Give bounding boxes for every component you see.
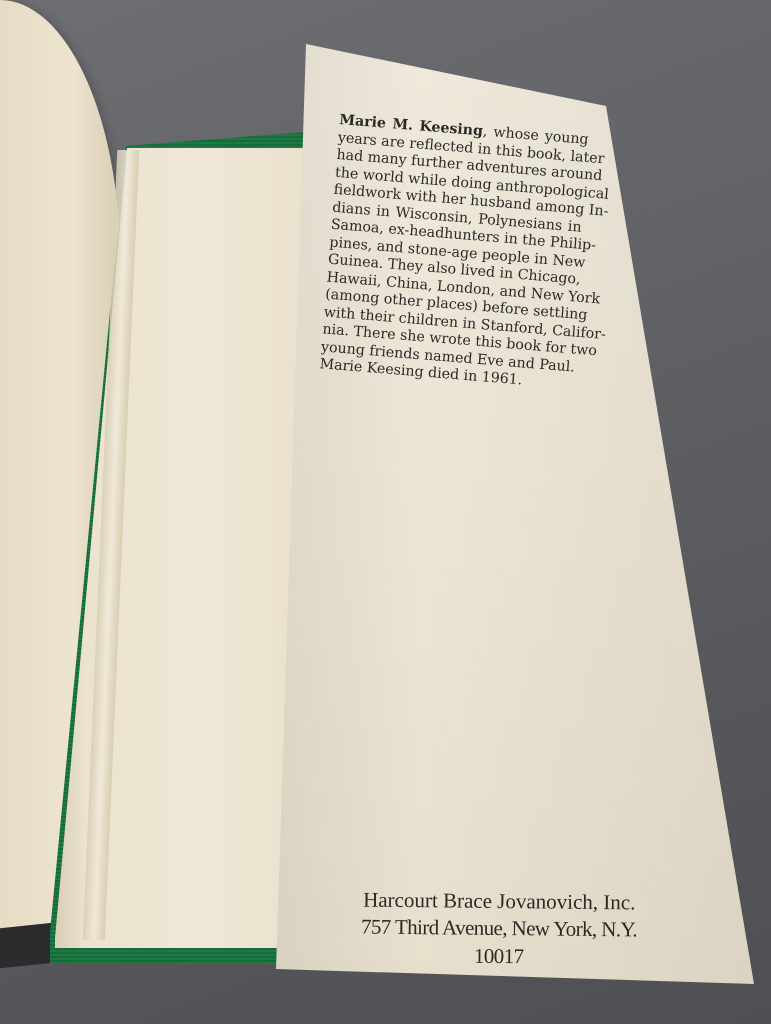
book-photo: Marie M. Keesing, whose young years are … xyxy=(0,0,771,1024)
publisher-imprint: Harcourt Brace Jovanovich, Inc. 757 Thir… xyxy=(334,886,665,971)
author-bio: Marie M. Keesing, whose young years are … xyxy=(319,112,589,394)
publisher-name: Harcourt Brace Jovanovich, Inc. xyxy=(334,886,664,915)
publisher-address: 757 Third Avenue, New York, N.Y. 10017 xyxy=(334,912,665,971)
